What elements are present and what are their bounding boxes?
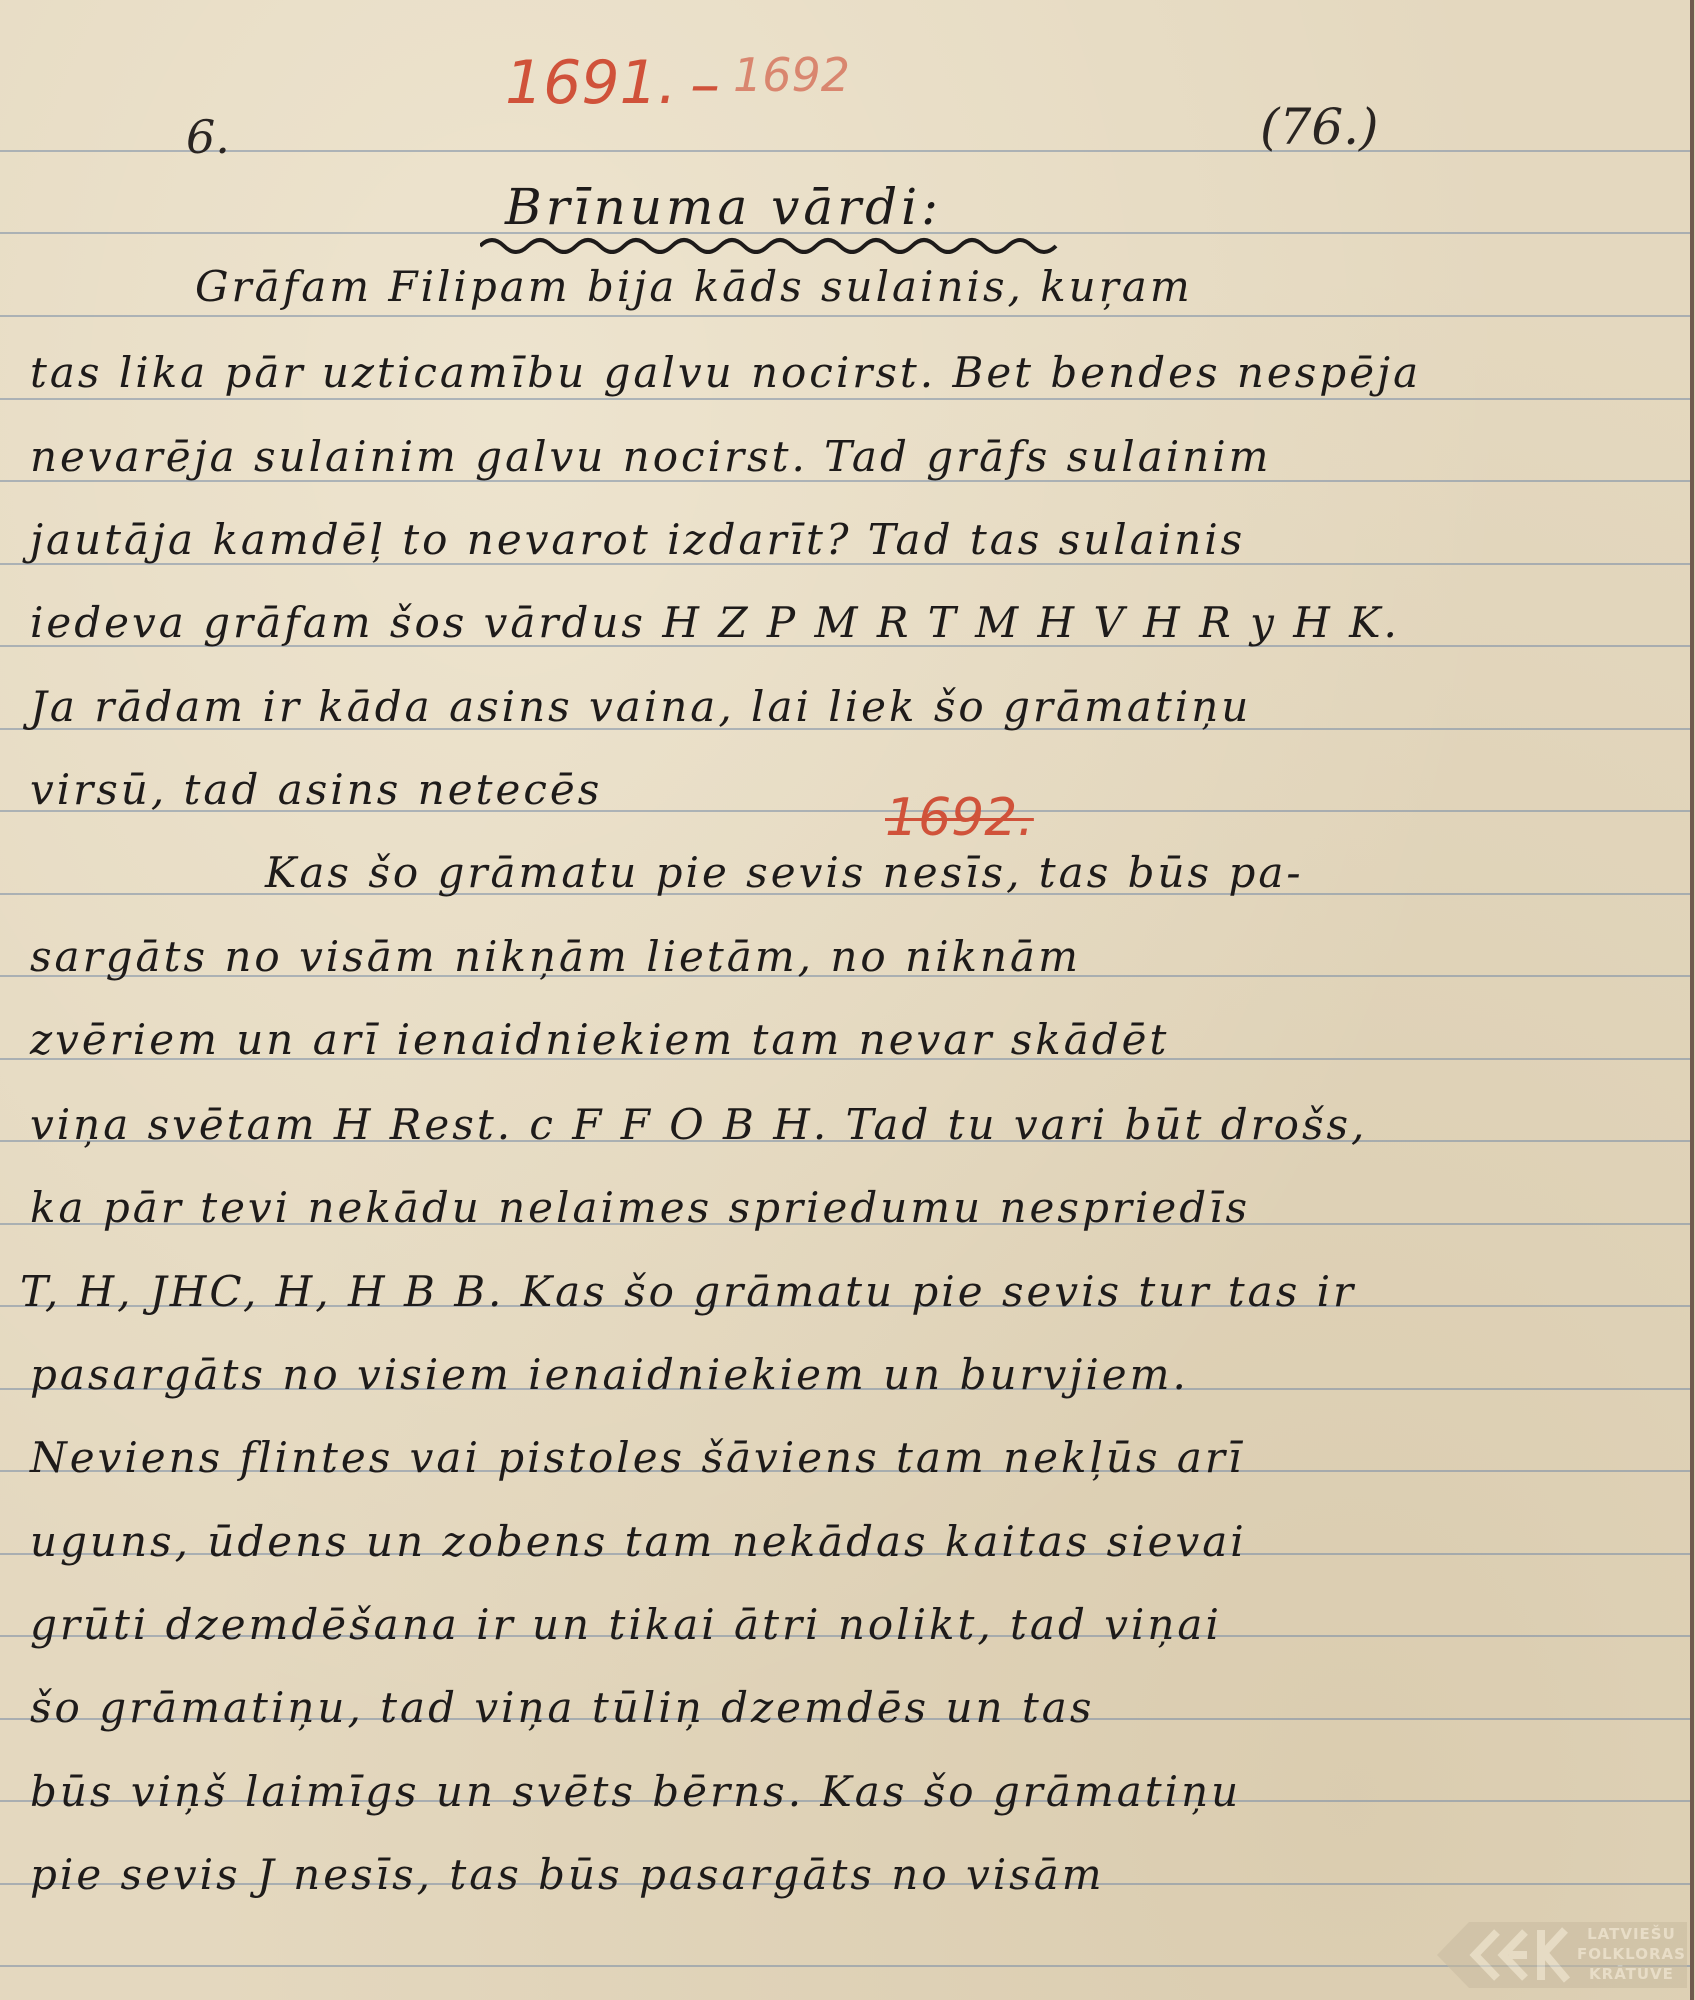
ruled-line (0, 150, 1690, 152)
archive-marker-1692: 1692. (885, 788, 1034, 848)
text-line: nevarēja sulainim galvu nocirst. Tad grā… (30, 432, 1271, 481)
text-line: Neviens flintes vai pistoles šāviens tam… (30, 1433, 1244, 1482)
watermark-text: LATVIEŠU FOLKLORAS KRĀTUVE (1577, 1924, 1686, 1984)
page-number: 6. (186, 110, 230, 164)
text-line: ka pār tevi nekādu nelaimes spriedumu ne… (30, 1183, 1250, 1232)
text-line: viņa svētam H Rest. c F F O B H. Tad tu … (30, 1100, 1367, 1149)
text-line: Kas šo grāmatu pie sevis nesīs, tas būs … (265, 848, 1304, 897)
text-line: Ja rādam ir kāda asins vaina, lai liek š… (30, 682, 1251, 731)
archive-number-primary: 1691. (505, 48, 677, 118)
text-line: zvēriem un arī ienaidniekiem tam nevar s… (30, 1015, 1169, 1064)
archive-number-dash: – (690, 50, 720, 120)
text-line: iedeva grāfam šos vārdus H Z P M R T M H… (30, 598, 1400, 647)
manuscript-page: 6. 1691. – 1692 (76.) Brīnuma vārdi: Grā… (0, 0, 1694, 2000)
text-line: būs viņš laimīgs un svēts bērns. Kas šo … (30, 1767, 1241, 1816)
text-line: Grāfam Filipam bija kāds sulainis, kuŗam (195, 262, 1193, 311)
title-wavy-underline (480, 232, 1060, 254)
text-line: uguns, ūdens un zobens tam nekādas kaita… (30, 1517, 1247, 1566)
ruled-line (0, 398, 1690, 400)
text-line: sargāts no visām nikņām lietām, no niknā… (30, 932, 1081, 981)
text-line: T, H, JHC, H, H B B. Kas šo grāmatu pie … (20, 1267, 1356, 1316)
text-line: grūti dzemdēšana ir un tikai ātri nolikt… (30, 1600, 1222, 1649)
text-line: tas lika pār uzticamību galvu nocirst. B… (30, 348, 1421, 397)
text-line: jautāja kamdēļ to nevarot izdarīt? Tad t… (30, 515, 1245, 564)
ruled-line (0, 315, 1690, 317)
watermark-line: FOLKLORAS (1577, 1944, 1686, 1964)
text-line: pie sevis J nesīs, tas būs pasargāts no … (30, 1850, 1105, 1899)
watermark-line: KRĀTUVE (1577, 1964, 1686, 1984)
folklore-archive-watermark: LATVIEŠU FOLKLORAS KRĀTUVE (1437, 1918, 1687, 1992)
reference-number: (76.) (1260, 98, 1379, 156)
text-line: virsū, tad asins netecēs (30, 765, 602, 814)
text-line: pasargāts no visiem ienaidniekiem un bur… (30, 1350, 1189, 1399)
archive-number-secondary: 1692 (733, 48, 850, 102)
page-title: Brīnuma vārdi: (505, 178, 942, 236)
text-line: šo grāmatiņu, tad viņa tūliņ dzemdēs un … (30, 1683, 1094, 1732)
watermark-line: LATVIEŠU (1577, 1924, 1686, 1944)
